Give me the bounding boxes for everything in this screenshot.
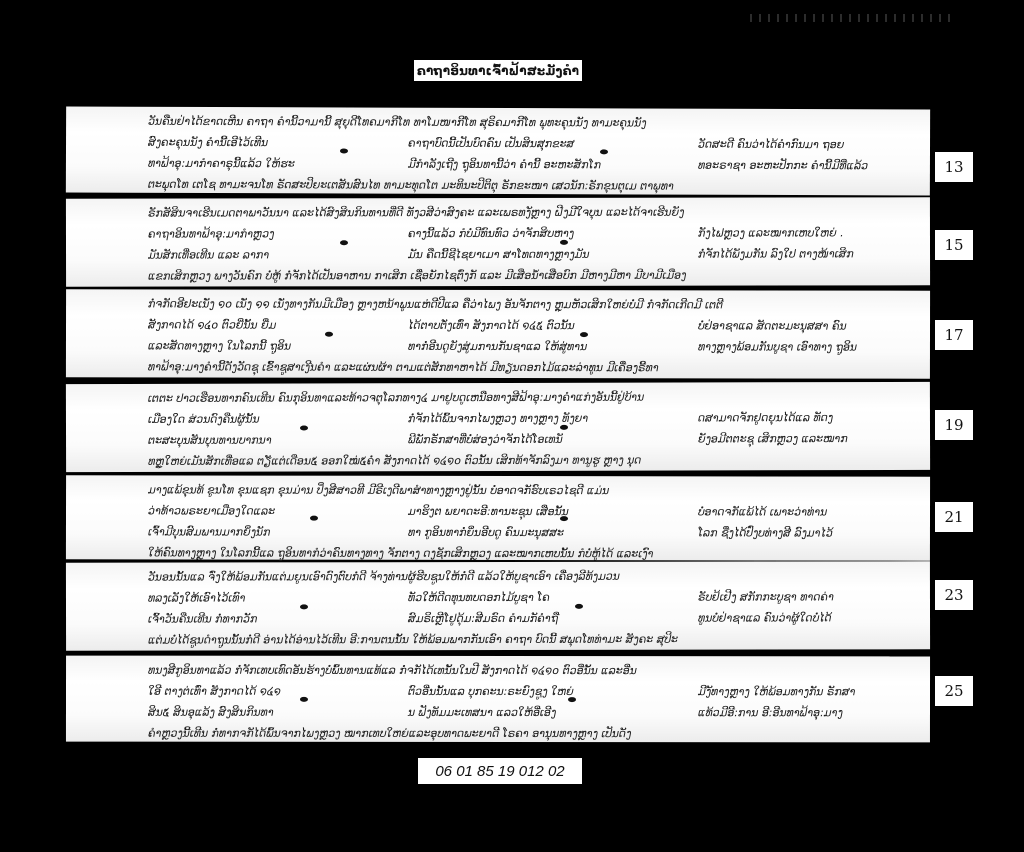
manuscript-line: ເມືອງໃດ ສ່ວນດົງຄືນຜູ້ນັ້ນກໍ່ຈັກໄດ້ພົ້ນຈາ… <box>148 407 922 430</box>
manuscript-text-segment: ທນງສີກູອິນທາແລ້ວ ກໍ່ຈັກເທບເທົດອັນຮ້າງບໍ່… <box>148 664 637 677</box>
manuscript-line: ແລະສັດທາງຫຼາງ ໃນໂລກນີ້ ຖູອິນທາກໍ່ອີນດູຍັ… <box>148 335 922 357</box>
manuscript-text-segment: ຄາງນີ້ແລ້ວ ກໍບໍ່ມີທົນທົວ ວ່າຈັກສິບຫາງ <box>378 227 678 241</box>
binding-hole <box>300 425 308 430</box>
binding-hole <box>300 604 308 609</box>
manuscript-text-segment: ມີງັທາງຫຼາງ ໃຫ້ພ້ອມທາງກັນ ຣັກສາ <box>678 685 855 698</box>
binding-hole <box>575 604 583 609</box>
binding-hole <box>560 516 568 521</box>
manuscript-line: ຄາຖາອິນທາຟ້າອຸ:ມາກຳຫຼວງຄາງນີ້ແລ້ວ ກໍບໍ່ມ… <box>148 222 922 244</box>
manuscript-text-segment: ເມືອງໃດ ສ່ວນດົງຄືນຜູ້ນັ້ນ <box>148 412 378 426</box>
page-number-label: 25 <box>935 676 973 706</box>
manuscript-text-segment: ທັວໃຫ້ດີດທຸນທບດອກໄມ້ບູຊາ ໂຄ <box>378 591 678 605</box>
manuscript-text-segment: ໃຫ້ຄົນທາງຫຼາງ ໃນໂລກນີ້ແລ ຖູອິນທາກໍວ່າຄົນ… <box>148 546 654 560</box>
manuscript-text-segment: ທາກໍ່ອີນດູຍັງສູ່ມການກັນຊາແລ ໃຫ້ສູ່ທານ <box>378 340 678 354</box>
manuscript-line: ທາຟ້າອຸ:ມາງຄຳນີ້ດັງວັດຊຸ ເຂົ້າຊູສາເງີນຄຳ… <box>148 356 922 378</box>
manuscript-text-segment: ເຈົ້າວັນຄືນເທີນ ກໍ່ທາກວັກ <box>148 612 378 625</box>
palm-leaf-17: ກໍ່ຈກັດອີຢະເນັ່ງ ໑໐ ເນັ່ງ ໑໑ ເນັ່ງທາງກັນ… <box>66 289 930 379</box>
manuscript-text-segment: ບໍ່ຢ່ອາຊາແລ ສັດຕະມະນຸສສາ ຄົນ <box>678 319 847 332</box>
manuscript-text-segment: ແຕ່ມບໍ່ໄດ້ຊູນດຳຖູນນັ້ນກໍ່ດີ ອ່ານໄດ້ອ່ານໄ… <box>148 633 678 647</box>
manuscript-line: ເຕຕະ ປາວເຮືອນທາກຄົນເທີນ ຄົນກຸອິນທາແລະທ້າ… <box>148 386 922 409</box>
manuscript-text-segment: ຄຳຫຼວງນີ້ເທີນ ກໍ່ທາກຈກັໄດ້ພົ້ນຈາກໄພງຫຼວງ… <box>148 727 631 740</box>
manuscript-text-segment: ຕະສະບຸນສັນບຸນທານບາກນາ <box>148 433 378 447</box>
manuscript-line: ວັນອນນັ້ນແລ ຈົ່ງໃຫ້ພ້ອມກັນແຕ່ມຍູນເອົາດົງ… <box>148 565 922 587</box>
manuscript-text-segment: ໂລກ ຊື່ງໄດ້ປົ່ງບທ່າງສີ ລົງມາໄວ້ <box>678 526 833 539</box>
palm-leaf-13: ວັນຄືນຢ່າໄດ້ຂາດເຫີນ ຄາຖາ ຄຳນີ້ວາມານີ້ ສຸ… <box>66 106 930 195</box>
manuscript-text-segment: ກໍ່ຈັກໄດ້ພັງມກັນ ລົງໃປ ຕາງໜ້າເສິກ <box>678 247 854 260</box>
page-number-label: 19 <box>935 410 973 440</box>
manuscript-text-segment: ວັນອນນັ້ນແລ ຈົ່ງໃຫ້ພ້ອມກັນແຕ່ມຍູນເອົາດົງ… <box>148 570 620 584</box>
manuscript-text-segment: ດສາມາດຈັກຢູດຍຸນໄດ້ແລ ທັດງ <box>678 411 833 424</box>
page-number-label: 23 <box>935 580 973 610</box>
manuscript-line: ເຈົ້າມີບຸນສົມພານມາກຍິ່ງນັກທາ ກູອິນທາກໍ່ຍ… <box>148 521 922 543</box>
manuscript-text-segment: ຄາຖາບົດນີ້ເປັນບົດຄົນ ເປັນສິນສຸກຂະສ <box>378 137 678 151</box>
binding-hole <box>600 149 608 154</box>
manuscript-text-segment: ທອະຣາຊາ ອະຫະປັກກະ ຄຳນີ້ມີທີ່ແລ້ວ <box>678 159 868 173</box>
manuscript-text-segment: ມັນ ຄືດນີ້ຊີໄຊຍາເມາ ສາໂທດທາງຫຼາງມັນ <box>378 248 678 262</box>
manuscript-text-segment: ຣັກສັສິນຈາເຮີນເມດຕາພາວັນນາ ແລະໄດ້ສົງສິນກ… <box>148 206 684 220</box>
manuscript-line: ໃອີ ຕາງຕ່ເທົ່າ ສັງກາດໄດ້ ໑໔໑ຕົວອີ່ນນັ້ນແ… <box>148 681 922 703</box>
binding-hole <box>300 697 308 702</box>
manuscript-line: ທຫຼູໃຫຍ່ເມັນສັກເທື່ອແລ ຕຽັແຕ່ເດືອນ໕ ອອກໃ… <box>148 449 922 472</box>
manuscript-text-segment: ໃອີ ຕາງຕ່ເທົ່າ ສັງກາດໄດ້ ໑໔໑ <box>148 685 378 698</box>
binding-hole <box>310 516 318 521</box>
manuscript-line: ຄຳຫຼວງນີ້ເທີນ ກໍ່ທາກຈກັໄດ້ພົ້ນຈາກໄພງຫຼວງ… <box>148 723 922 745</box>
page-number-label: 13 <box>935 152 973 182</box>
binding-hole <box>325 332 333 337</box>
manuscript-line: ຣັກສັສິນຈາເຮີນເມດຕາພາວັນນາ ແລະໄດ້ສົງສິນກ… <box>148 201 922 223</box>
manuscript-text-segment: ເຈົ້າມີບຸນສົມພານມາກຍິ່ງນັກ <box>148 525 378 538</box>
manuscript-line: ຕະສະບຸນສັນບຸນທານບາກນາພີພັກຣັກສາທີ່ບໍ່ສ່ອ… <box>148 428 922 451</box>
manuscript-text-segment: ສົມຣິເຫຼີໂຢູດຸ້ມ:ສີມຣົດ ຄຳມກັຄຳຖື <box>378 612 678 626</box>
binding-hole <box>560 425 568 430</box>
manuscript-text-segment: ຄາຖາອິນທາຟ້າອຸ:ມາກຳຫຼວງ <box>148 227 378 240</box>
manuscript-line: ກໍ່ຈກັດອີຢະເນັ່ງ ໑໐ ເນັ່ງ ໑໑ ເນັ່ງທາງກັນ… <box>148 293 922 315</box>
scan-noise <box>750 14 950 22</box>
manuscript-line: ມັນສັກເທື່ອເທີນ ແລະ ລາກາມັນ ຄືດນີ້ຊີໄຊຍາ… <box>148 243 922 265</box>
palm-leaf-21: ມາງແພ້ຂຸນທ້ ຂູນໂທ ຂຸນແຊກ ຂຸນມ່ານ ປິ່ງສີສ… <box>66 475 930 561</box>
manuscript-text-segment: ກໍ່ຈກັດອີຢະເນັ່ງ ໑໐ ເນັ່ງ ໑໑ ເນັ່ງທາງກັນ… <box>148 297 723 311</box>
manuscript-text-segment: ວ່າທ້າວພຣະຍາເມືອງໃດແລະ <box>148 504 378 517</box>
manuscript-line: ວັນຄືນຢ່າໄດ້ຂາດເຫີນ ຄາຖາ ຄຳນີ້ວາມານີ້ ສຸ… <box>148 111 922 135</box>
manuscript-text-segment: ແຂກເສິກຫຼວງ ພາງວັນຄົກ ບໍ່ຫູ້ ກໍ່ຈັກໄດ້ເປ… <box>148 269 686 283</box>
manuscript-text-segment: ທາຟ້າອຸ:ມາງຄຳນີ້ດັງວັດຊຸ ເຂົ້າຊູສາເງີນຄຳ… <box>148 360 659 374</box>
manuscript-text-segment: ມາຮິງຕ ພຍາດະອີ:ທານະຊຸນ ເສືອນັ້ນ <box>378 505 678 519</box>
manuscript-text-segment: ບໍ່ອາດຈກັແພ້ໄດ້ ເພາະວ່າທ່ານ <box>678 505 827 518</box>
manuscript-text-segment: ແລະສັດທາງຫຼາງ ໃນໂລກນີ້ ຖູອິນ <box>148 339 378 352</box>
manuscript-line: ແຂກເສິກຫຼວງ ພາງວັນຄົກ ບໍ່ຫູ້ ກໍ່ຈັກໄດ້ເປ… <box>148 264 922 286</box>
binding-hole <box>580 332 588 337</box>
page-number-label: 17 <box>935 320 973 350</box>
manuscript-text-segment: ທລງເລັງໃຫ້ເອົາໄວ້ເທົາ <box>148 591 378 604</box>
manuscript-line: ສິນ໕ ສິນອຸແລ້ງ ສົງສິນກິນທານ ຟັງທັມມະເທສນ… <box>148 702 922 724</box>
palm-leaf-19: ເຕຕະ ປາວເຮືອນທາກຄົນເທີນ ຄົນກຸອິນທາແລະທ້າ… <box>66 382 930 472</box>
manuscript-text-segment: ນ ຟັງທັມມະເທສນາ ແລວໃຫ້ອີ່ເອີງ <box>378 706 678 719</box>
binding-hole <box>568 697 576 702</box>
manuscript-line: ມາງແພ້ຂຸນທ້ ຂູນໂທ ຂຸນແຊກ ຂຸນມ່ານ ປິ່ງສີສ… <box>148 479 922 501</box>
manuscript-text-segment: ທາຟ້າອຸ:ມາກຳຄາຣຸນີ້ແລ້ວ ໃຫ້ຮະ <box>148 157 378 171</box>
manuscript-line: ທລງເລັງໃຫ້ເອົາໄວ້ເທົາທັວໃຫ້ດີດທຸນທບດອກໄມ… <box>148 586 922 608</box>
manuscript-text-segment: ກໍ່ຈັກໄດ້ພົ້ນຈາກໄພງຫຼວງ ທາງຫຼາງ ທັງຍາ <box>378 412 678 426</box>
manuscript-text-segment: ຍັງອມີຕຕະຊຸ ເສິກຫຼວງ ແລະໝາກ <box>678 432 848 445</box>
binding-hole <box>340 240 348 245</box>
manuscript-line: ສັງກາດໄດ້ ໑໔໐ ຕົວຍີ່ນັ້ນ ຍື່ມໄດ້ຕາບຕັ່ງເ… <box>148 314 922 336</box>
manuscript-text-segment: ພີພັກຣັກສາທີ່ບໍ່ສ່ອງວ່າຈັກໄດ້ໂອເທນັ <box>378 433 678 447</box>
manuscript-text-segment: ເຕຕະ ປາວເຮືອນທາກຄົນເທີນ ຄົນກຸອິນທາແລະທ້າ… <box>148 391 644 405</box>
manuscript-line: ຕະພຸດໂທ ເຕໂຊ ທາມະຈນໂທ ຣັດສະປິຍະເຕສັນສົນໄ… <box>148 174 922 198</box>
page-number-label: 21 <box>935 502 973 532</box>
manuscript-text-segment: ຕົວອີ່ນນັ້ນແລ ບຸກຄະນ:ຣະຍົງຊູງ ໃຫຍ່ <box>378 685 678 698</box>
manuscript-line: ວ່າທ້າວພຣະຍາເມືອງໃດແລະມາຮິງຕ ພຍາດະອີ:ທານ… <box>148 500 922 522</box>
manuscript-line: ແຕ່ມບໍ່ໄດ້ຊູນດຳຖູນນັ້ນກໍ່ດີ ອ່ານໄດ້ອ່ານໄ… <box>148 628 922 650</box>
manuscript-text-segment: ແທ້ວມີອີ:ການ ອີ:ອີນທາຟ້າອຸ:ມາງ <box>678 706 843 719</box>
manuscript-text-segment: ໄດ້ຕາບຕັ່ງເທົ່າ ສັງກາດໄດ້ ໑໔໕ ຕົວນັ້ນ <box>378 319 678 333</box>
manuscript-text-segment: ທາ ກູອິນທາກໍ່ຍິ່ນອີບດູ ຄົນມະນຸສສະ <box>378 526 678 540</box>
manuscript-text-segment: ທຫຼູໃຫຍ່ເມັນສັກເທື່ອແລ ຕຽັແຕ່ເດືອນ໕ ອອກໃ… <box>148 454 641 468</box>
manuscript-text-segment: ຕະພຸດໂທ ເຕໂຊ ທາມະຈນໂທ ຣັດສະປິຍະເຕສັນສົນໄ… <box>148 178 674 193</box>
manuscript-line: ທນງສີກູອິນທາແລ້ວ ກໍ່ຈັກເທບເທົດອັນຮ້າງບໍ່… <box>148 660 922 682</box>
manuscript-text-segment: ສັງກາດໄດ້ ໑໔໐ ຕົວຍີ່ນັ້ນ ຍື່ມ <box>148 318 378 331</box>
manuscript-text-segment: ທາງຫຼາງພ້ອມກັນບູຊາ ເອົາທາງ ຖູອິນ <box>678 340 857 353</box>
manuscript-text-segment: ມາງແພ້ຂຸນທ້ ຂູນໂທ ຂຸນແຊກ ຂຸນມ່ານ ປິ່ງສີສ… <box>148 483 609 497</box>
binding-hole <box>560 240 568 245</box>
manuscript-text-segment: ຣັບຢ້ເຢີງ ສກັກກະບູຊາ ທາດຄ່າ <box>678 590 834 603</box>
manuscript-text-segment: ສິນ໕ ສິນອຸແລ້ງ ສົງສິນກິນທາ <box>148 706 378 719</box>
manuscript-line: ທາຟ້າອຸ:ມາກຳຄາຣຸນີ້ແລ້ວ ໃຫ້ຮະມີກຳລັງເຖີງ… <box>148 153 922 177</box>
palm-leaf-15: ຣັກສັສິນຈາເຮີນເມດຕາພາວັນນາ ແລະໄດ້ສົງສິນກ… <box>66 197 930 287</box>
manuscript-text-segment: ກັງໄຟຫຼວງ ແລະໝາກເຫບໃຫຍ່ . <box>678 226 844 239</box>
binding-hole <box>340 148 348 153</box>
manuscript-text-segment: ວັດສະດີ ຄົນວ່າໄດ້ຄຳກົນມາ ຖອຍ <box>678 138 844 152</box>
manuscript-text-segment: ວັນຄືນຢ່າໄດ້ຂາດເຫີນ ຄາຖາ ຄຳນີ້ວາມານີ້ ສຸ… <box>148 115 646 130</box>
manuscript-title-label: ຄາຖາອິນທາເຈົ້າຟ້າສະມັງຄຳ <box>414 60 582 81</box>
palm-leaf-25: ທນງສີກູອິນທາແລ້ວ ກໍ່ຈັກເທບເທົດອັນຮ້າງບໍ່… <box>66 656 930 743</box>
manuscript-line: ສົງຄະຄຸນນັງ ຄຳນີ້ເອີໄວ້ເທີນຄາຖາບົດນີ້ເປັ… <box>148 132 922 156</box>
manuscript-text-segment: ທູນບໍ່ຢ່າຊາແລ ຄົນວ່າຜູ້ໃດບໍ່ໄດ້ <box>678 611 832 624</box>
page-number-label: 15 <box>935 230 973 260</box>
manuscript-text-segment: ມັນສັກເທື່ອເທີນ ແລະ ລາກາ <box>148 248 378 261</box>
manuscript-line: ເຈົ້າວັນຄືນເທີນ ກໍ່ທາກວັກສົມຣິເຫຼີໂຢູດຸ້… <box>148 607 922 629</box>
palm-leaf-23: ວັນອນນັ້ນແລ ຈົ່ງໃຫ້ພ້ອມກັນແຕ່ມຍູນເອົາດົງ… <box>66 561 930 651</box>
manuscript-text-segment: ມີກຳລັງເຖີງ ຖຸອິນທານີ້ວ່າ ຄຳນີ້ ອະຫະສັກໂ… <box>378 158 678 172</box>
microfilm-reel-code: 06 01 85 19 012 02 <box>418 758 582 784</box>
